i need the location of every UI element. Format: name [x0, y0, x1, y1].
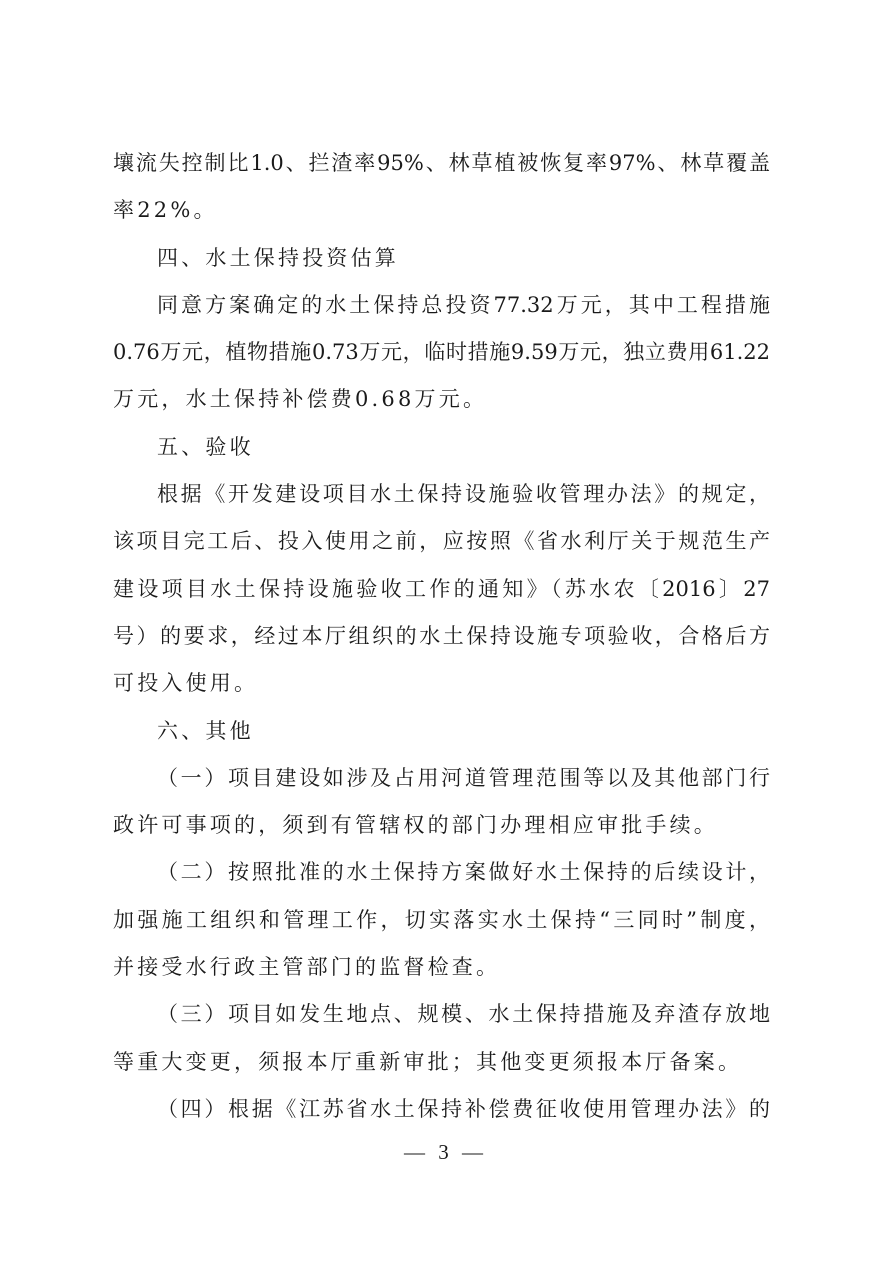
- text-line: 率22%。: [113, 187, 770, 234]
- text-line: 根据《开发建设项目水土保持设施验收管理办法》的规定，: [113, 471, 770, 518]
- text-line: （二）按照批准的水土保持方案做好水土保持的后续设计，: [113, 849, 770, 896]
- section-heading-investment: 四、水土保持投资估算: [113, 235, 770, 282]
- text-line: （三）项目如发生地点、规模、水土保持措施及弃渣存放地: [113, 991, 770, 1038]
- text-line: 加强施工组织和管理工作，切实落实水土保持“三同时”制度，: [113, 897, 770, 944]
- text-line: 并接受水行政主管部门的监督检查。: [113, 944, 770, 991]
- text-line: 建设项目水土保持设施验收工作的通知》（苏水农〔2016〕27: [113, 566, 770, 613]
- text-line: （四）根据《江苏省水土保持补偿费征收使用管理办法》的: [113, 1086, 770, 1133]
- text-line: 壤流失控制比1.0、拦渣率95%、林草植被恢复率97%、林草覆盖: [113, 140, 770, 187]
- page-number: — 3 —: [0, 1140, 891, 1165]
- text-line: 等重大变更，须报本厅重新审批；其他变更须报本厅备案。: [113, 1039, 770, 1086]
- text-line: （一）项目建设如涉及占用河道管理范围等以及其他部门行: [113, 755, 770, 802]
- section-heading-acceptance: 五、验收: [113, 424, 770, 471]
- text-line: 该项目完工后、投入使用之前，应按照《省水利厅关于规范生产: [113, 518, 770, 565]
- text-line: 万元，水土保持补偿费0.68万元。: [113, 376, 770, 423]
- document-body: 壤流失控制比1.0、拦渣率95%、林草植被恢复率97%、林草覆盖 率22%。 四…: [113, 140, 770, 1133]
- text-line: 0.76万元，植物措施0.73万元，临时措施9.59万元，独立费用61.22: [113, 329, 770, 376]
- text-line: 号）的要求，经过本厅组织的水土保持设施专项验收，合格后方: [113, 613, 770, 660]
- text-line: 可投入使用。: [113, 660, 770, 707]
- section-heading-other: 六、其他: [113, 708, 770, 755]
- text-line: 政许可事项的，须到有管辖权的部门办理相应审批手续。: [113, 802, 770, 849]
- text-line: 同意方案确定的水土保持总投资77.32万元，其中工程措施: [113, 282, 770, 329]
